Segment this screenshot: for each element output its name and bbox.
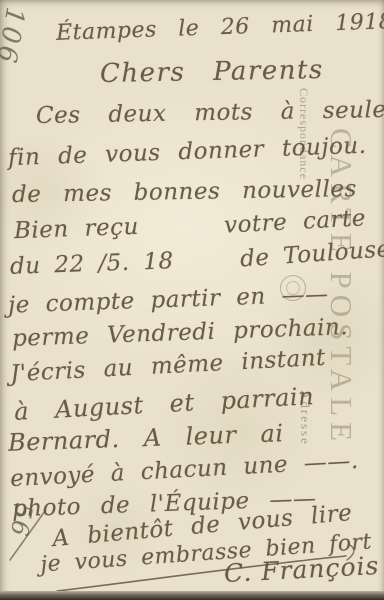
message-line: fin de vous donner toujou.: [8, 133, 367, 171]
message-line: du 22 /5. 18: [10, 248, 175, 280]
pencil-number-top-left: 106: [0, 5, 30, 68]
message-line: Bernard. A leur ai: [8, 419, 284, 457]
message-line: Ces deux mots à seule: [36, 97, 384, 129]
salutation: Chers Parents: [100, 55, 324, 89]
dateline: Étampes le 26 mai 1918: [56, 9, 384, 46]
postcard-back: 106 56 Correspondance CARTE POSTALE Adre…: [0, 0, 384, 600]
message-line: Bien reçu: [14, 214, 140, 244]
message-line: de mes bonnes nouvelles: [12, 176, 357, 208]
message-line: J'écris au même instant: [10, 345, 327, 388]
message-line: je compte partir en ——: [8, 281, 329, 318]
message-line: de Toulouse.: [239, 235, 384, 272]
scan-edge-shadow: [0, 591, 384, 600]
